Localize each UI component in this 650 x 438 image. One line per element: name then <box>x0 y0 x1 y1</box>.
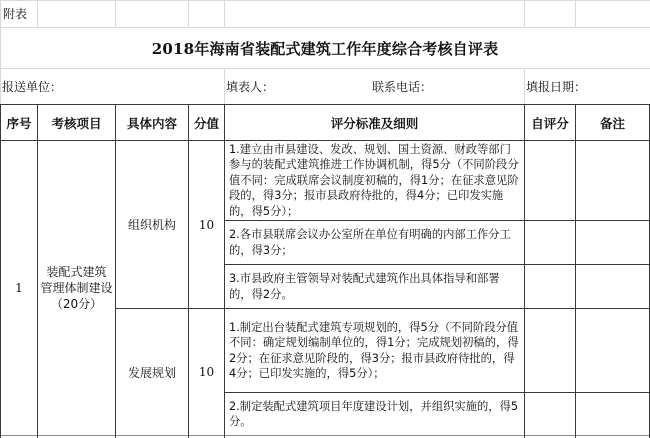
content-organization: 组织机构 <box>116 141 188 308</box>
header-item: 考核项目 <box>38 105 115 140</box>
attachment-label: 附表 <box>3 0 37 27</box>
remarks-cell[interactable] <box>576 221 649 264</box>
header-score: 分值 <box>189 105 224 140</box>
header-index: 序号 <box>1 105 37 140</box>
assessment-item-line3: （20分） <box>51 296 102 312</box>
page-title: 2018年海南省装配式建筑工作年度综合考核自评表 <box>0 28 650 68</box>
assessment-item-line2: 管理体制建设 <box>40 280 112 296</box>
content-development-plan: 发展规划 <box>116 309 188 435</box>
remarks-cell[interactable] <box>576 309 649 392</box>
self-score-cell[interactable] <box>525 265 575 308</box>
assessment-item-line1: 装配式建筑 <box>46 264 106 280</box>
score-development-plan: 10 <box>189 309 224 435</box>
criteria-text: 1.制定出台装配式建筑专项规划的，得5分（不同阶段分值不同：确定规划编制单位的，… <box>225 309 524 392</box>
phone-label: 联系电话： <box>372 69 492 104</box>
header-criteria: 评分标准及细则 <box>225 105 524 140</box>
remarks-cell[interactable] <box>576 393 649 435</box>
remarks-cell[interactable] <box>576 141 649 220</box>
assessment-item: 装配式建筑 管理体制建设 （20分） <box>38 141 115 435</box>
self-score-cell[interactable] <box>525 221 575 264</box>
criteria-text: 2.各市县联席会议办公室所在单位有明确的内部工作分工的，得3分； <box>225 221 524 264</box>
self-score-cell[interactable] <box>525 309 575 392</box>
unit-label: 报送单位： <box>2 69 202 104</box>
header-content: 具体内容 <box>116 105 188 140</box>
criteria-text: 3.市县政府主管领导对装配式建筑作出具体指导和部署的，得2分。 <box>225 265 524 308</box>
self-score-cell[interactable] <box>525 393 575 435</box>
header-remarks: 备注 <box>576 105 649 140</box>
criteria-text: 2.制定装配式建筑项目年度建设计划，并组织实施的，得5分。 <box>225 393 524 435</box>
header-self-score: 自评分 <box>525 105 575 140</box>
filler-label: 填表人： <box>226 69 326 104</box>
criteria-text: 1.建立由市县建设、发改、规划、国土资源、财政等部门参与的装配式建筑推进工作协调… <box>225 141 524 220</box>
row-index: 1 <box>1 141 37 435</box>
date-label: 填报日期： <box>526 69 646 104</box>
spreadsheet: 附表 2018年海南省装配式建筑工作年度综合考核自评表 报送单位： 填表人： 联… <box>0 0 650 438</box>
score-organization: 10 <box>189 141 224 308</box>
self-score-cell[interactable] <box>525 141 575 220</box>
remarks-cell[interactable] <box>576 265 649 308</box>
